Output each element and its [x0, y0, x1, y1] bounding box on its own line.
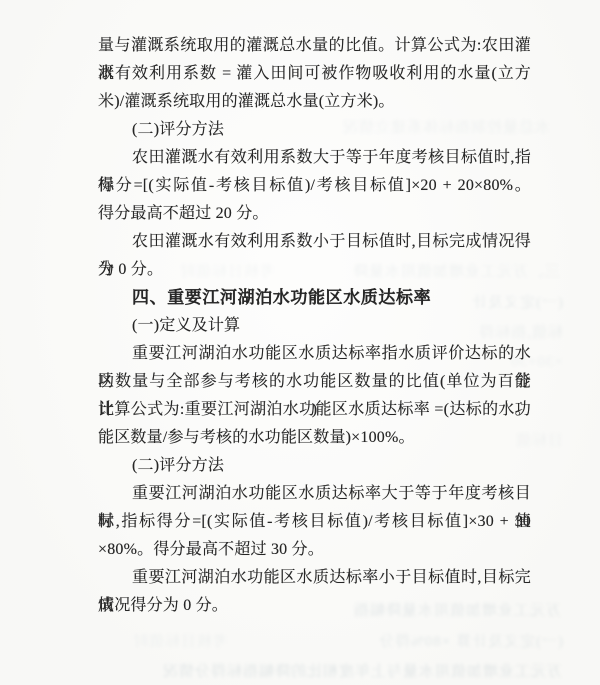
text-line: 重要江河湖泊水功能区水质达标率大于等于年度考核目标值	[98, 480, 531, 508]
text-line: (二)评分方法	[98, 116, 531, 144]
document-page: 水总量控制指标体系建立情况考核目标值时三、万元工业增加值用水量降(一)定义及计标…	[0, 0, 600, 685]
text-line: 水有效利用系数 = 灌入田间可被作物吸收利用的水量(立方	[98, 60, 531, 88]
text-line: 时,指标得分=[(实际值-考核目标值)/考核目标值]×30 + 30	[98, 508, 531, 536]
text-line: 情况得分为 0 分。	[98, 592, 531, 620]
text-line: 农田灌溉水有效利用系数大于等于年度考核目标值时,指标	[98, 144, 531, 172]
text-line: 计算公式为:重要江河湖泊水功能区水质达标率 =(达标的水功	[98, 396, 531, 424]
section-heading: 四、重要江河湖泊水功能区水质达标率	[98, 284, 531, 312]
text-line: 得分最高不超过 20 分。	[98, 200, 531, 228]
text-line: 能区数量/参与考核的水功能区数量)×100%。	[98, 424, 531, 452]
text-line: 为 0 分。	[98, 256, 531, 284]
bleedthrough-text: (一)定义及计算 ×80%得分	[295, 632, 563, 654]
text-line: 量与灌溉系统取用的灌溉总水量的比值。计算公式为:农田灌溉	[98, 32, 531, 60]
text-line: 重要江河湖泊水功能区水质达标率指水质评价达标的水功能	[98, 340, 531, 368]
document-body: 量与灌溉系统取用的灌溉总水量的比值。计算公式为:农田灌溉水有效利用系数 = 灌入…	[98, 32, 531, 620]
text-line: 农田灌溉水有效利用系数小于目标值时,目标完成情况得分	[98, 228, 531, 256]
bleedthrough-text: 考核目标值时	[88, 632, 228, 654]
text-line: (一)定义及计算	[98, 312, 531, 340]
text-line: ×80%。得分最高不超过 30 分。	[98, 536, 531, 564]
text-line: 得分=[(实际值-考核目标值)/考核目标值]×20 + 20×80%。	[98, 172, 531, 200]
text-line: 重要江河湖泊水功能区水质达标率小于目标值时,目标完成	[98, 564, 531, 592]
bleedthrough-text: 万元工业增加值用水量与上年度相比的降幅指标得分情况	[88, 662, 562, 684]
text-line: 区数量与全部参与考核的水功能区数量的比值(单位为百分比)。	[98, 368, 531, 396]
text-line: (二)评分方法	[98, 452, 531, 480]
text-line: 米)/灌溉系统取用的灌溉总水量(立方米)。	[98, 88, 531, 116]
